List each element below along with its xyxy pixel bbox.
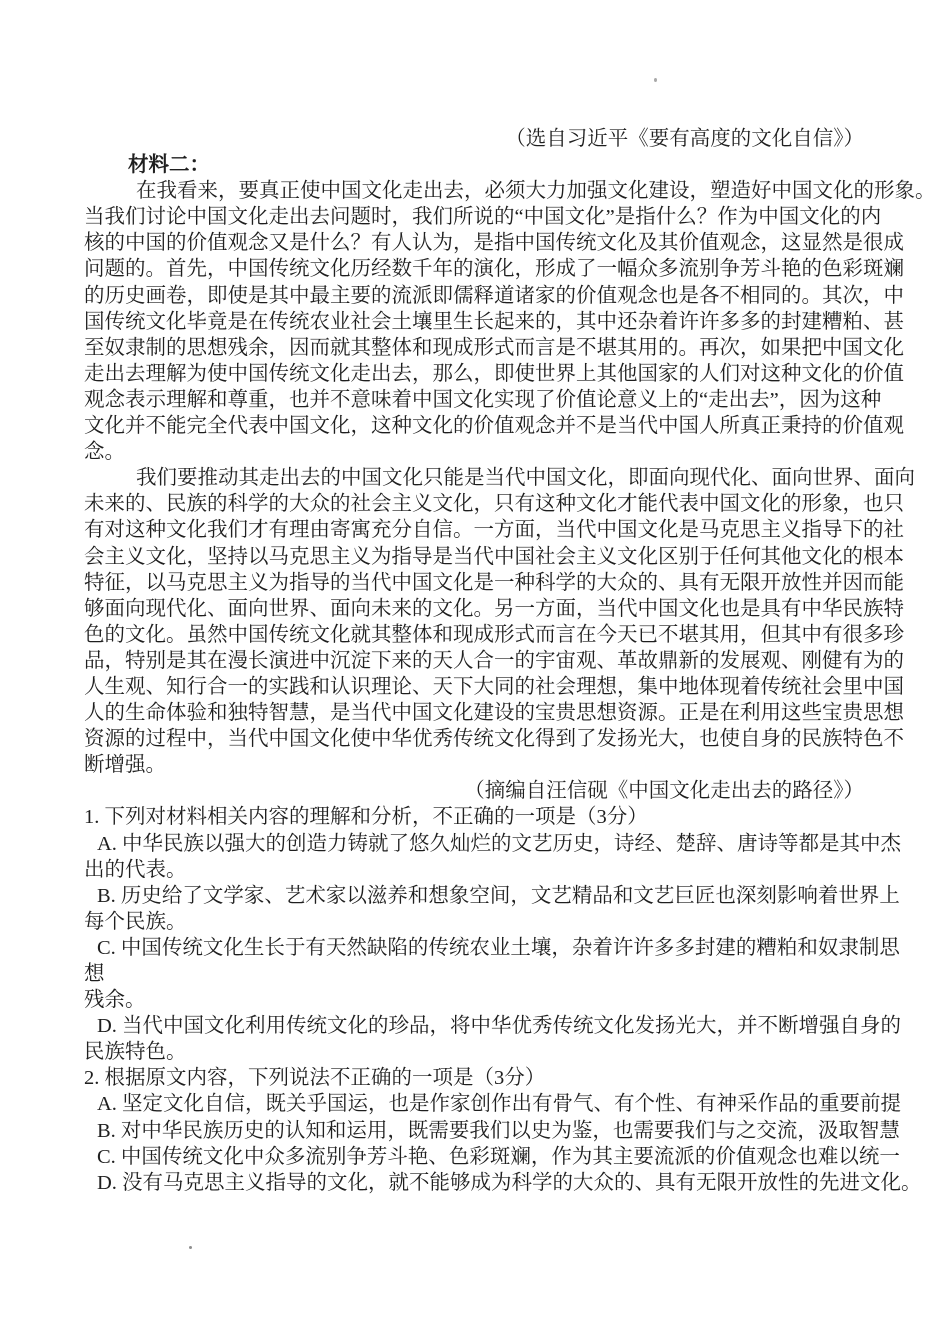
question-1-option-b-line: 每个民族。 <box>84 909 864 935</box>
question-1-option-c-line: C. 中国传统文化生长于有天然缺陷的传统农业土壤，杂着许许多多封建的糟粕和奴隶制… <box>84 935 864 961</box>
question-1-option-c-line: 残余。 <box>84 987 864 1013</box>
material-two-paragraph-1-line: 国传统文化毕竟是在传统农业社会土壤里生长起来的，其中还杂着许许多多的封建糟粕、甚 <box>84 309 864 335</box>
material-two-paragraph-1-line: 在我看来，要真正使中国文化走出去，必须大力加强文化建设，塑造好中国文化的形象。 <box>84 178 864 204</box>
question-2-stem: 2. 根据原文内容，下列说法不正确的一项是（3分） <box>84 1065 864 1091</box>
material-two-paragraph-2-line: 我们要推动其走出去的中国文化只能是当代中国文化，即面向现代化、面向世界、面向 <box>84 465 864 491</box>
material-two-paragraph-1-line: 当我们讨论中国文化走出去问题时，我们所说的“中国文化”是指什么？作为中国文化的内 <box>84 204 864 230</box>
question-1-option-a-line: 出的代表。 <box>84 857 864 883</box>
exam-document-page: （选自习近平《要有高度的文化自信》） 材料二： 在我看来，要真正使中国文化走出去… <box>84 126 864 1196</box>
question-1-option-b-line: B. 历史给了文学家、艺术家以滋养和想象空间，文艺精品和文艺巨匠也深刻影响着世界… <box>84 883 864 909</box>
question-1-option-d-line: D. 当代中国文化利用传统文化的珍品，将中华优秀传统文化发扬光大，并不断增强自身… <box>84 1013 864 1039</box>
attribution-xi-jinping: （选自习近平《要有高度的文化自信》） <box>84 126 864 152</box>
material-two-paragraph-2-line: 色的文化。虽然中国传统文化就其整体和现成形式而言在今天已不堪其用，但其中有很多珍 <box>84 622 864 648</box>
question-2-option-d: D. 没有马克思主义指导的文化，就不能够成为科学的大众的、具有无限开放性的先进文… <box>84 1170 864 1196</box>
question-2-option-b: B. 对中华民族历史的认知和运用，既需要我们以史为鉴，也需要我们与之交流，汲取智… <box>84 1118 864 1144</box>
question-1-stem: 1. 下列对材料相关内容的理解和分析，不正确的一项是（3分） <box>84 804 864 830</box>
question-2-option-a: A. 坚定文化自信，既关乎国运，也是作家创作出有骨气、有个性、有神采作品的重要前… <box>84 1091 864 1117</box>
attribution-wang-xinyan: （摘编自汪信砚《中国文化走出去的路径》） <box>84 778 864 804</box>
material-two-paragraph-2-line: 断增强。 <box>84 752 864 778</box>
material-two-paragraph-1-line: 至奴隶制的思想残余，因而就其整体和现成形式而言是不堪其用的。再次，如果把中国文化 <box>84 335 864 361</box>
question-2-option-c: C. 中国传统文化中众多流别争芳斗艳、色彩斑斓，作为其主要流派的价值观念也难以统… <box>84 1144 864 1170</box>
material-two-heading: 材料二： <box>84 152 864 178</box>
material-two-paragraph-1-line: 问题的。首先，中国传统文化历经数千年的演化，形成了一幅众多流别争芳斗艳的色彩斑斓 <box>84 256 864 282</box>
question-1-option-c-line: 想 <box>84 961 864 987</box>
material-two-paragraph-2-line: 未来的、民族的科学的大众的社会主义文化，只有这种文化才能代表中国文化的形象，也只 <box>84 491 864 517</box>
material-two-paragraph-2-line: 品，特别是其在漫长演进中沉淀下来的天人合一的宇宙观、革故鼎新的发展观、刚健有为的 <box>84 648 864 674</box>
material-two-paragraph-2-line: 人生观、知行合一的实践和认识理论、天下大同的社会理想，集中地体现着传统社会里中国 <box>84 674 864 700</box>
question-1-option-a-line: A. 中华民族以强大的创造力铸就了悠久灿烂的文艺历史，诗经、楚辞、唐诗等都是其中… <box>84 831 864 857</box>
material-two-paragraph-2-line: 资源的过程中，当代中国文化使中华优秀传统文化得到了发扬光大，也使自身的民族特色不 <box>84 726 864 752</box>
material-two-paragraph-2-line: 有对这种文化我们才有理由寄寓充分自信。一方面，当代中国文化是马克思主义指导下的社 <box>84 517 864 543</box>
material-two-paragraph-1-line: 的历史画卷，即使是其中最主要的流派即儒释道诸家的价值观念也是各不相同的。其次，中 <box>84 283 864 309</box>
material-two-paragraph-1-line: 走出去理解为使中国传统文化走出去，那么，即使世界上其他国家的人们对这种文化的价值 <box>84 361 864 387</box>
material-two-paragraph-1-line: 核的中国的价值观念又是什么？有人认为，是指中国传统文化及其价值观念，这显然是很成 <box>84 230 864 256</box>
question-1-option-d-line: 民族特色。 <box>84 1039 864 1065</box>
scan-artifact-dot <box>654 78 657 82</box>
material-two-paragraph-1-line: 文化并不能完全代表中国文化，这种文化的价值观念并不是当代中国人所真正秉持的价值观 <box>84 413 864 439</box>
material-two-paragraph-1-line: 念。 <box>84 439 864 465</box>
scan-artifact-dot <box>189 1246 192 1249</box>
material-two-paragraph-2-line: 特征，以马克思主义为指导的当代中国文化是一种科学的大众的、具有无限开放性并因而能 <box>84 570 864 596</box>
material-two-paragraph-2-line: 够面向现代化、面向世界、面向未来的文化。另一方面，当代中国文化也是具有中华民族特 <box>84 596 864 622</box>
material-two-paragraph-2-line: 人的生命体验和独特智慧，是当代中国文化建设的宝贵思想资源。正是在利用这些宝贵思想 <box>84 700 864 726</box>
material-two-paragraph-2-line: 会主义文化，坚持以马克思主义为指导是当代中国社会主义文化区别于任何其他文化的根本 <box>84 544 864 570</box>
material-two-paragraph-1-line: 观念表示理解和尊重，也并不意味着中国文化实现了价值论意义上的“走出去”，因为这种 <box>84 387 864 413</box>
